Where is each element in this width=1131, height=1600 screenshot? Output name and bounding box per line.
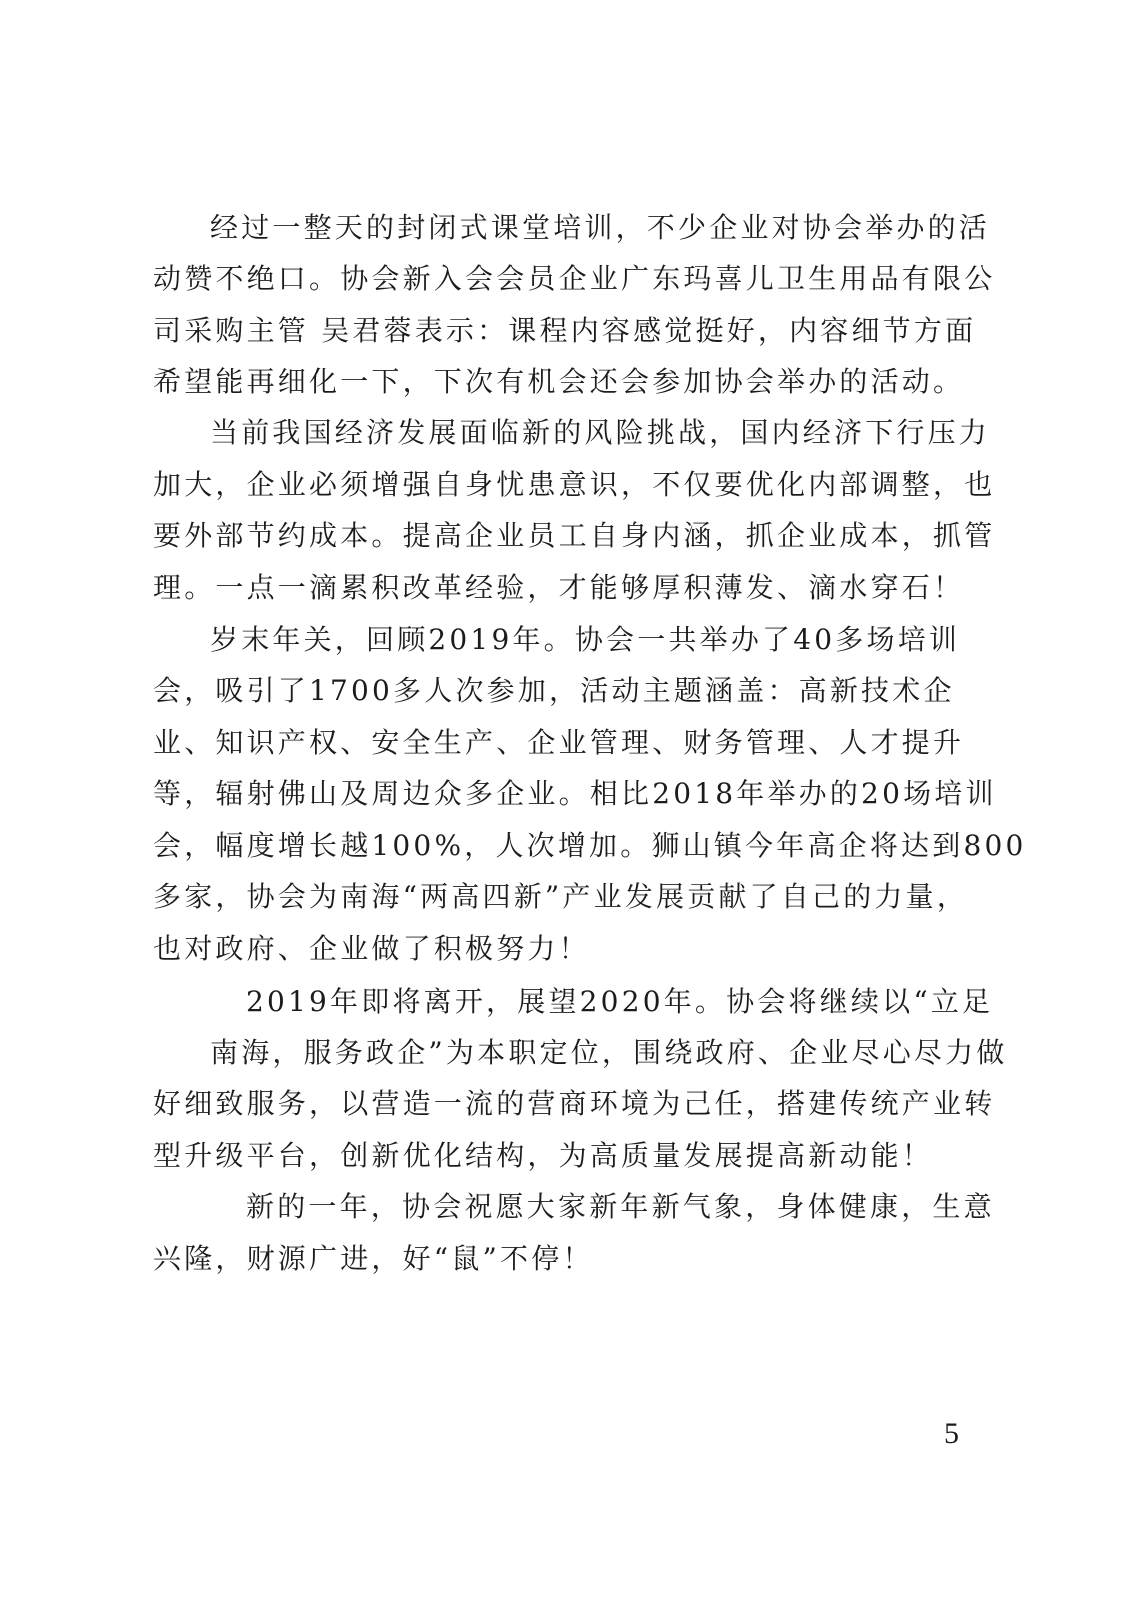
text-line: 多家，协会为南海“两高四新”产业发展贡献了自己的力量， <box>153 879 968 915</box>
text-line: 要外部节约成本。提高企业员工自身内涵，抓企业成本，抓管 <box>153 518 995 554</box>
text-line: 型升级平台，创新优化结构，为高质量发展提高新动能！ <box>153 1138 933 1174</box>
text-line: 岁末年关，回顾2019年。协会一共举办了40多场培训 <box>210 622 960 658</box>
text-line: 好细致服务，以营造一流的营商环境为己任，搭建传统产业转 <box>153 1086 995 1122</box>
text-line: 会，吸引了1700多人次参加，活动主题涵盖：高新技术企 <box>153 673 955 709</box>
text-line: 加大，企业必须增强自身忧患意识，不仅要优化内部调整，也 <box>153 467 995 503</box>
text-line: 业、知识产权、安全生产、企业管理、财务管理、人才提升 <box>153 725 964 761</box>
text-line: 当前我国经济发展面临新的风险挑战，国内经济下行压力 <box>210 415 990 451</box>
text-line: 司采购主管 吴君蓉表示：课程内容感觉挺好，内容细节方面 <box>153 313 976 349</box>
text-line: 经过一整天的封闭式课堂培训，不少企业对协会举办的活 <box>210 210 990 246</box>
text-line: 南海，服务政企”为本职定位，围绕政府、企业尽心尽力做 <box>210 1035 1008 1071</box>
text-line: 希望能再细化一下，下次有机会还会参加协会举办的活动。 <box>153 364 964 400</box>
text-line: 理。一点一滴累积改革经验，才能够厚积薄发、滴水穿石！ <box>153 570 964 606</box>
document-page: 经过一整天的封闭式课堂培训，不少企业对协会举办的活 动赞不绝口。协会新入会会员企… <box>0 0 1131 1600</box>
text-line: 新的一年，协会祝愿大家新年新气象，身体健康，生意 <box>246 1189 995 1225</box>
text-line: 会，幅度增长越100%，人次增加。狮山镇今年高企将达到800 <box>153 828 1027 864</box>
text-line: 也对政府、企业做了积极努力！ <box>153 931 590 967</box>
text-line: 兴隆，财源广进，好“鼠”不停！ <box>153 1241 594 1277</box>
text-line: 等，辐射佛山及周边众多企业。相比2018年举办的20场培训 <box>153 776 997 812</box>
text-line: 动赞不绝口。协会新入会会员企业广东玛喜儿卫生用品有限公 <box>153 261 995 297</box>
page-number: 5 <box>944 1416 959 1452</box>
text-line: 2019年即将离开，展望2020年。协会将继续以“立足 <box>246 984 993 1020</box>
